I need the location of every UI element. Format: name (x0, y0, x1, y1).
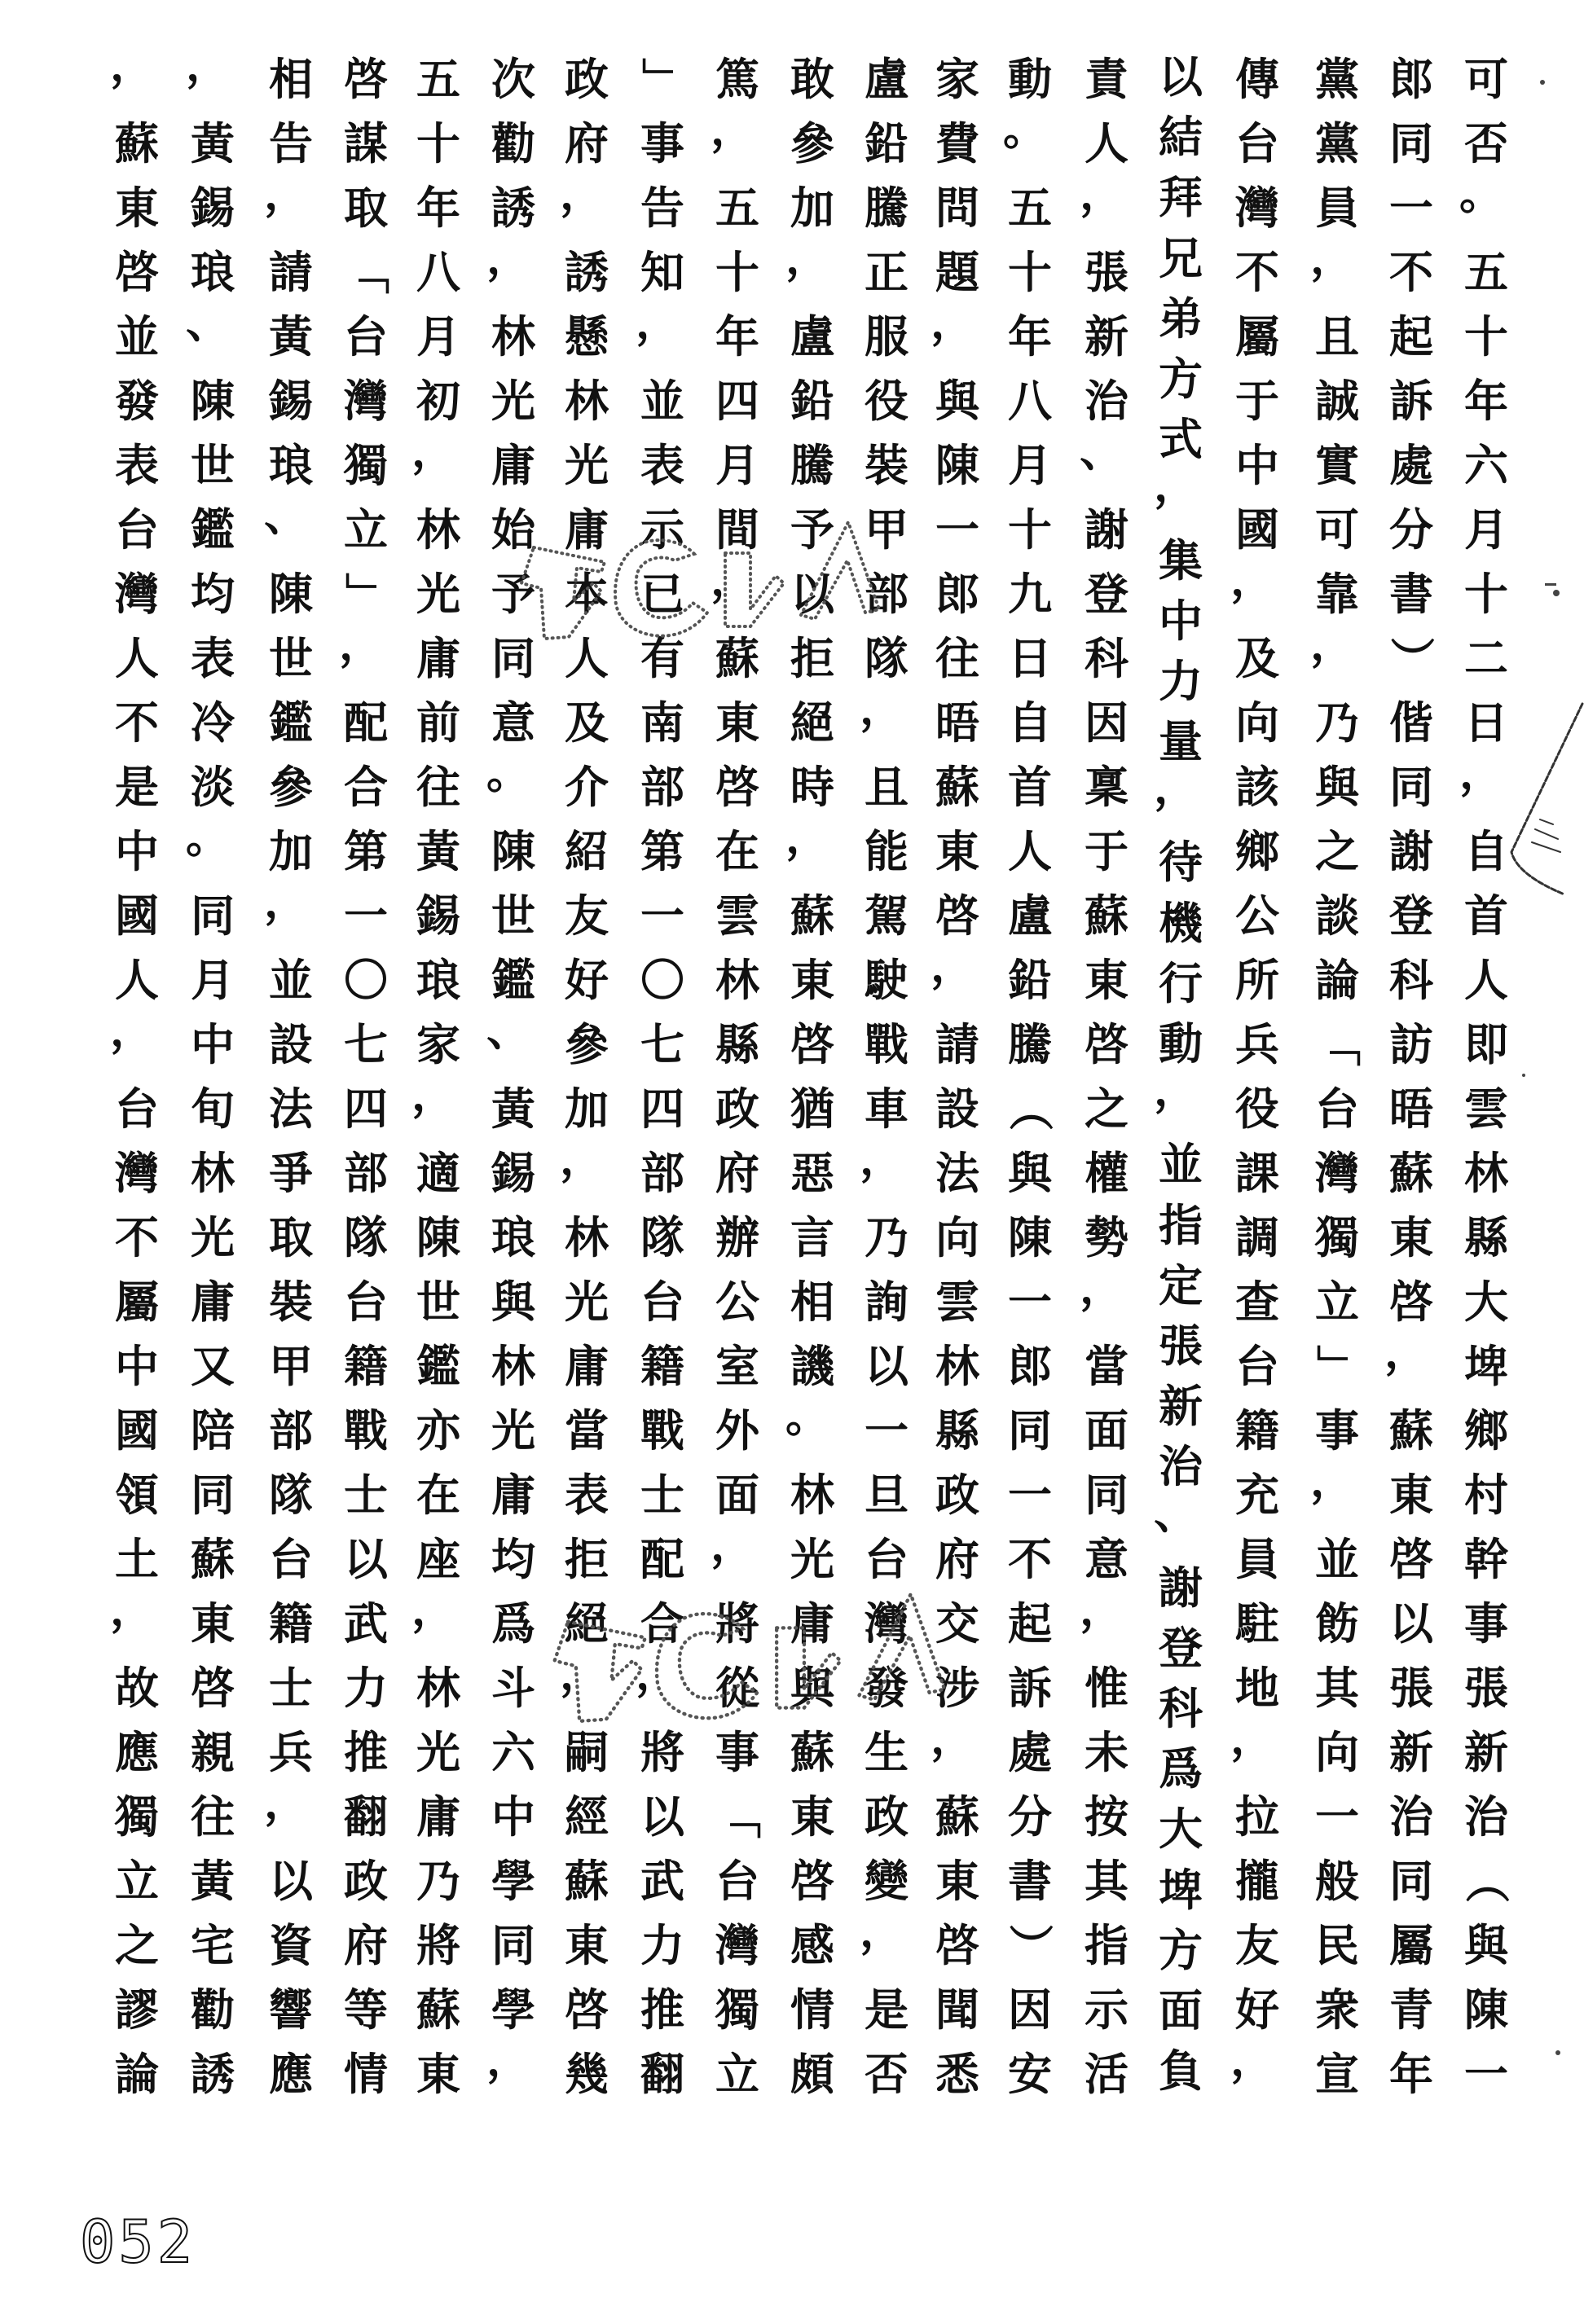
glyph: 十 (1460, 562, 1512, 626)
glyph: 蘇 (931, 1785, 983, 1849)
glyph: 向 (931, 1206, 983, 1270)
glyph: 表 (561, 1463, 613, 1527)
glyph: 談 (1311, 884, 1363, 948)
glyph: 年 (711, 305, 763, 369)
glyph: 鑑 (265, 691, 317, 755)
glyph: ， (106, 998, 158, 1062)
glyph: 裝 (265, 1270, 317, 1334)
glyph: 方 (1155, 349, 1207, 410)
glyph: 方 (1155, 1921, 1207, 1981)
glyph: ， (407, 419, 460, 483)
glyph: 處 (1004, 1720, 1056, 1785)
glyph: 府 (931, 1527, 983, 1592)
glyph: 按 (1080, 1785, 1133, 1849)
glyph: 黃 (487, 1077, 539, 1141)
glyph: 取 (340, 176, 392, 240)
glyph: 之 (1311, 819, 1363, 884)
glyph: 籍 (636, 1334, 689, 1399)
glyph: 登 (1080, 562, 1133, 626)
glyph: 、 (1076, 419, 1128, 483)
glyph: 設 (265, 1013, 317, 1077)
glyph: 待 (1155, 833, 1207, 893)
glyph: 二 (1460, 626, 1512, 691)
glyph: 惟 (1080, 1656, 1133, 1720)
glyph: 拒 (561, 1527, 613, 1592)
glyph: 服 (860, 305, 913, 369)
glyph: 騰 (860, 176, 913, 240)
glyph: 。 (482, 740, 535, 805)
glyph: 五 (1004, 176, 1056, 240)
glyph: 東 (1080, 948, 1133, 1013)
glyph: 灣 (111, 562, 163, 626)
glyph: 台 (711, 1849, 763, 1913)
glyph: 八 (1004, 369, 1056, 433)
glyph: 情 (786, 1978, 838, 2042)
glyph: 陳 (412, 1206, 464, 1270)
glyph: 人 (561, 626, 613, 691)
glyph: 雲 (711, 884, 763, 948)
glyph: 當 (1080, 1334, 1133, 1399)
glyph: 陳 (265, 562, 317, 626)
glyph: 立 (1311, 1270, 1363, 1334)
glyph: 生 (860, 1720, 913, 1785)
text-column-19: ，蘇東啓並發表台灣人不是中國人，台灣不屬中國領土，故應獨立之謬論 (111, 47, 163, 2107)
glyph: 予 (487, 562, 539, 626)
glyph: 四 (636, 1077, 689, 1141)
glyph: 晤 (1385, 1077, 1437, 1141)
glyph: 台 (1311, 1077, 1363, 1141)
glyph: 勸 (187, 1978, 239, 2042)
glyph: 陳 (187, 369, 239, 433)
glyph: 晤 (931, 691, 983, 755)
glyph: 東 (786, 1785, 838, 1849)
glyph: 不 (1231, 240, 1283, 305)
glyph: 黃 (187, 112, 239, 176)
text-column-6: 責人，張新治、謝登科因稟于蘇東啓之權勢，當面同意，惟未按其指示活 (1080, 47, 1133, 2107)
glyph: 士 (265, 1656, 317, 1720)
glyph: 與 (786, 1656, 838, 1720)
glyph: ， (556, 1127, 608, 1191)
glyph: 自 (1004, 691, 1056, 755)
glyph: 九 (1004, 562, 1056, 626)
glyph: 發 (111, 369, 163, 433)
glyph: ， (482, 2027, 535, 2092)
glyph: 國 (111, 884, 163, 948)
glyph: 所 (1231, 948, 1283, 1013)
glyph: 同 (487, 1913, 539, 1978)
glyph: 費 (931, 112, 983, 176)
glyph: 民 (1311, 1913, 1363, 1978)
glyph: 東 (111, 176, 163, 240)
glyph: 誘 (187, 2042, 239, 2107)
glyph: 雲 (1460, 1077, 1512, 1141)
glyph: 亦 (412, 1399, 464, 1463)
glyph: 是 (111, 755, 163, 819)
glyph: 世 (265, 626, 317, 691)
glyph: 七 (340, 1013, 392, 1077)
glyph: 其 (1080, 1849, 1133, 1913)
glyph: 年 (1385, 2042, 1437, 2107)
glyph: 友 (561, 884, 613, 948)
glyph: ， (260, 1770, 312, 1834)
glyph: 指 (1080, 1913, 1133, 1978)
glyph: 一 (340, 884, 392, 948)
glyph: 戰 (340, 1399, 392, 1463)
glyph: 請 (265, 240, 317, 305)
glyph: 配 (340, 691, 392, 755)
glyph: 月 (187, 948, 239, 1013)
glyph: 從 (711, 1656, 763, 1720)
glyph: 示 (1080, 1978, 1133, 2042)
glyph: 及 (561, 691, 613, 755)
glyph: 世 (412, 1270, 464, 1334)
glyph: 部 (860, 562, 913, 626)
glyph: 已 (636, 562, 689, 626)
glyph: 該 (1231, 755, 1283, 819)
glyph: 郎 (931, 562, 983, 626)
glyph: ， (926, 1706, 979, 1770)
glyph: 灣 (340, 369, 392, 433)
document-page: 可否。五十年六月十二日，自首人即雲林縣大埤鄉村幹事張新治（與陳一 郎同一不起訴處… (0, 0, 1584, 2324)
glyph: 、 (1150, 1483, 1202, 1544)
glyph: 有 (636, 626, 689, 691)
glyph: 光 (487, 369, 539, 433)
glyph: 政 (931, 1463, 983, 1527)
glyph: 啓 (711, 755, 763, 819)
glyph: 光 (412, 1720, 464, 1785)
glyph: 陪 (187, 1399, 239, 1463)
glyph: 訪 (1385, 1013, 1437, 1077)
glyph: 林 (561, 369, 613, 433)
glyph: 次 (487, 47, 539, 112)
glyph: 均 (187, 562, 239, 626)
glyph: 謝 (1080, 498, 1133, 562)
glyph: 參 (265, 755, 317, 819)
glyph: 役 (860, 369, 913, 433)
glyph: 並 (111, 305, 163, 369)
glyph: ， (781, 226, 834, 290)
glyph: 拉 (1231, 1785, 1283, 1849)
glyph: 結 (1155, 108, 1207, 168)
glyph: 六 (487, 1720, 539, 1785)
glyph: 一 (1460, 2042, 1512, 2107)
glyph: ， (407, 1062, 460, 1127)
glyph: 故 (111, 1656, 163, 1720)
text-column-2: 郎同一不起訴處分書）偕同謝登科訪晤蘇東啓，蘇東啓以張新治同屬青年 (1385, 47, 1437, 2107)
glyph: 領 (111, 1463, 163, 1527)
glyph: 公 (1231, 884, 1283, 948)
text-column-7: 動。五十年八月十九日自首人盧鉛騰（與陳一郎同一不起訴處分書）因安 (1004, 47, 1056, 2107)
glyph: 向 (1231, 691, 1283, 755)
glyph: 法 (265, 1077, 317, 1141)
glyph: 灣 (1231, 176, 1283, 240)
glyph: 駕 (860, 884, 913, 948)
glyph: 往 (412, 755, 464, 819)
glyph: 政 (561, 47, 613, 112)
glyph: 庸 (412, 626, 464, 691)
glyph: 均 (487, 1527, 539, 1592)
glyph: 乃 (860, 1206, 913, 1270)
glyph: 即 (1460, 1013, 1512, 1077)
glyph: 中 (111, 819, 163, 884)
glyph: 向 (1311, 1720, 1363, 1785)
text-column-3: 黨黨員，且誠實可靠，乃與之談論「台灣獨立」事，並飭其向一般民衆宣 (1311, 47, 1363, 2107)
glyph: 同 (1004, 1399, 1056, 1463)
stray-marks (1522, 80, 1560, 2055)
glyph: 兄 (1155, 229, 1207, 289)
glyph: 發 (860, 1656, 913, 1720)
glyph: 治 (1385, 1785, 1437, 1849)
glyph: 第 (340, 819, 392, 884)
glyph: 裝 (860, 433, 913, 498)
glyph: 五 (412, 47, 464, 112)
glyph: 弟 (1155, 289, 1207, 349)
glyph: 中 (111, 1334, 163, 1399)
glyph: ， (856, 1127, 908, 1191)
glyph: 旦 (860, 1463, 913, 1527)
glyph: ， (106, 33, 158, 97)
glyph: 以 (1155, 47, 1207, 108)
glyph: 與 (487, 1270, 539, 1334)
glyph: 並 (1311, 1527, 1363, 1592)
glyph: 勸 (487, 112, 539, 176)
glyph: 庸 (786, 1592, 838, 1656)
glyph: 以 (636, 1785, 689, 1849)
glyph: ， (856, 676, 908, 740)
glyph: 蘇 (786, 884, 838, 948)
glyph: 蘇 (1385, 1399, 1437, 1463)
glyph: ） (998, 1920, 1063, 1972)
glyph: 因 (1080, 691, 1133, 755)
text-column-5: 以結拜兄弟方式，集中力量，待機行動，並指定張新治、謝登科爲大埤方面負 (1155, 47, 1207, 2102)
glyph: 林 (786, 1463, 838, 1527)
glyph: 表 (187, 626, 239, 691)
glyph: 中 (187, 1013, 239, 1077)
glyph: 張 (1385, 1656, 1437, 1720)
glyph: 年 (412, 176, 464, 240)
glyph: 告 (636, 176, 689, 240)
glyph: 配 (636, 1527, 689, 1592)
glyph: 「 (334, 247, 398, 299)
glyph: 其 (1311, 1656, 1363, 1720)
glyph: 行 (1155, 954, 1207, 1014)
glyph: ， (926, 934, 979, 998)
glyph: 新 (1460, 1720, 1512, 1785)
glyph: 駛 (860, 948, 913, 1013)
glyph: 合 (340, 755, 392, 819)
glyph: 、 (482, 998, 535, 1062)
glyph: 張 (1460, 1656, 1512, 1720)
glyph: 蘇 (187, 1527, 239, 1592)
glyph: ， (1226, 547, 1278, 612)
glyph: 力 (340, 1656, 392, 1720)
glyph: 敢 (786, 47, 838, 112)
glyph: 蘇 (1385, 1141, 1437, 1206)
glyph: 五 (1460, 240, 1512, 305)
glyph: 十 (412, 112, 464, 176)
glyph: 大 (1155, 1799, 1207, 1860)
glyph: 論 (111, 2042, 163, 2107)
glyph: ， (631, 290, 684, 354)
glyph: 誠 (1311, 369, 1363, 433)
glyph: 不 (111, 1206, 163, 1270)
glyph: 辦 (711, 1206, 763, 1270)
glyph: 猶 (786, 1077, 838, 1141)
glyph: 屬 (1385, 1913, 1437, 1978)
glyph: 甲 (265, 1334, 317, 1399)
glyph: 役 (1231, 1077, 1283, 1141)
glyph: 未 (1080, 1720, 1133, 1785)
glyph: 琅 (412, 948, 464, 1013)
glyph: 十 (1004, 240, 1056, 305)
glyph: 斗 (487, 1656, 539, 1720)
glyph: 東 (711, 691, 763, 755)
glyph: 光 (786, 1527, 838, 1592)
glyph: 書 (1004, 1849, 1056, 1913)
glyph: 士 (636, 1463, 689, 1527)
glyph: 取 (265, 1206, 317, 1270)
glyph: 予 (786, 498, 838, 562)
glyph: 將 (711, 1592, 763, 1656)
glyph: 隊 (265, 1463, 317, 1527)
glyph: 參 (786, 112, 838, 176)
glyph: 國 (111, 1399, 163, 1463)
glyph: 以 (786, 562, 838, 626)
glyph: 蘇 (786, 1720, 838, 1785)
glyph: 面 (1155, 1981, 1207, 2041)
glyph: 誘 (561, 240, 613, 305)
glyph: 科 (1385, 948, 1437, 1013)
glyph: 一 (1004, 1270, 1056, 1334)
glyph: 事 (1460, 1592, 1512, 1656)
glyph: 東 (786, 948, 838, 1013)
glyph: ， (1076, 1255, 1128, 1320)
glyph: 東 (187, 1592, 239, 1656)
glyph: 埤 (1460, 1334, 1512, 1399)
glyph: 爭 (265, 1141, 317, 1206)
glyph: 登 (1385, 884, 1437, 948)
glyph: 郎 (1004, 1334, 1056, 1399)
glyph: 問 (931, 176, 983, 240)
glyph: ， (1455, 740, 1507, 805)
glyph: 庸 (487, 1463, 539, 1527)
glyph: 台 (265, 1527, 317, 1592)
glyph: 不 (1004, 1527, 1056, 1592)
glyph: ， (482, 226, 535, 290)
glyph: 在 (711, 819, 763, 884)
glyph: 指 (1155, 1196, 1207, 1256)
glyph: 東 (931, 1849, 983, 1913)
glyph: 人 (1004, 819, 1056, 884)
glyph: 參 (561, 1013, 613, 1077)
glyph: 啓 (340, 47, 392, 112)
glyph: ， (926, 290, 979, 354)
glyph: 世 (487, 884, 539, 948)
glyph: 籍 (265, 1592, 317, 1656)
glyph: 台 (340, 1270, 392, 1334)
glyph: ， (106, 1577, 158, 1641)
glyph: 縣 (931, 1399, 983, 1463)
glyph: 蘇 (561, 1849, 613, 1913)
glyph: 與 (1311, 755, 1363, 819)
glyph: 之 (111, 1913, 163, 1978)
glyph: 村 (1460, 1463, 1512, 1527)
glyph: 友 (1231, 1913, 1283, 1978)
glyph: ， (706, 1513, 759, 1577)
glyph: ， (182, 33, 234, 97)
glyph: 乃 (1311, 691, 1363, 755)
glyph: 隊 (340, 1206, 392, 1270)
glyph: 張 (1080, 240, 1133, 305)
glyph: 責 (1080, 47, 1133, 112)
glyph: 設 (931, 1077, 983, 1141)
glyph: 又 (187, 1334, 239, 1399)
glyph: 」 (631, 54, 695, 106)
text-column-9: 盧鉛騰正服役裝甲部隊，且能駕駛戰車，乃詢以一旦台灣發生政變，是否 (860, 47, 913, 2107)
glyph: 一 (636, 884, 689, 948)
glyph: 錫 (187, 176, 239, 240)
glyph: 面 (1080, 1399, 1133, 1463)
glyph: 學 (487, 1849, 539, 1913)
glyph: 同 (187, 884, 239, 948)
text-column-10: 敢參加，盧鉛騰予以拒絕時，蘇東啓猶惡言相譏。林光庸與蘇東啓感情頗 (786, 47, 838, 2107)
glyph: 飭 (1311, 1592, 1363, 1656)
glyph: 「 (1305, 1019, 1370, 1071)
glyph: 光 (187, 1206, 239, 1270)
glyph: 月 (1460, 498, 1512, 562)
glyph: 林 (412, 1656, 464, 1720)
glyph: 府 (711, 1141, 763, 1206)
glyph: 謀 (340, 112, 392, 176)
text-column-8: 家費問題，與陳一郎往晤蘇東啓，請設法向雲林縣政府交涉，蘇東啓聞悉 (931, 47, 983, 2107)
glyph: 不 (111, 691, 163, 755)
glyph: 一 (931, 498, 983, 562)
glyph: 同 (1385, 755, 1437, 819)
glyph: 鑑 (187, 498, 239, 562)
glyph: 林 (561, 1206, 613, 1270)
glyph: 台 (1231, 1334, 1283, 1399)
glyph: 戰 (636, 1399, 689, 1463)
glyph: ， (1076, 161, 1128, 226)
glyph: 嗣 (561, 1720, 613, 1785)
glyph: 灣 (711, 1913, 763, 1978)
glyph: 鉛 (1004, 948, 1056, 1013)
glyph: 錫 (412, 884, 464, 948)
glyph: ， (260, 869, 312, 934)
glyph: 因 (1004, 1978, 1056, 2042)
glyph: 權 (1080, 1141, 1133, 1206)
glyph: ， (1150, 758, 1202, 818)
glyph: ， (1150, 1060, 1202, 1120)
glyph: ， (1306, 1448, 1358, 1513)
glyph: 、 (182, 290, 234, 354)
glyph: 縣 (1460, 1206, 1512, 1270)
glyph: 好 (561, 948, 613, 1013)
glyph: 庸 (487, 433, 539, 498)
text-column-14: 次勸誘，林光庸始予同意。陳世鑑、黃錫琅與林光庸均爲斗六中學同學， (487, 47, 539, 2107)
glyph: 公 (711, 1270, 763, 1334)
glyph: 大 (1460, 1270, 1512, 1334)
glyph: 東 (1385, 1206, 1437, 1270)
glyph: 分 (1385, 498, 1437, 562)
glyph: 並 (265, 948, 317, 1013)
glyph: 台 (1231, 112, 1283, 176)
text-column-12: 」事告知，並表示已有南部第一〇七四部隊台籍戰士配合，將以武力推翻 (636, 47, 689, 2107)
glyph: 蘇 (412, 1978, 464, 2042)
glyph: 中 (1155, 591, 1207, 652)
glyph: 政 (711, 1077, 763, 1141)
glyph: 書 (1385, 562, 1437, 626)
